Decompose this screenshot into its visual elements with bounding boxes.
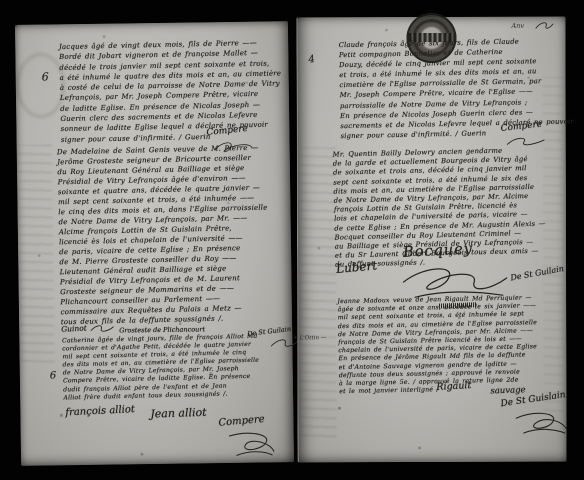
margin-numeral: 6 (50, 370, 57, 381)
signature: françois alliot (65, 404, 135, 418)
signature: Compere (218, 414, 265, 429)
signature-paraph-icon (512, 409, 570, 437)
paper-specks (15, 25, 17, 27)
folio-mark: Anv (511, 22, 524, 30)
signature: Jean alliot (150, 406, 207, 421)
margin-numeral: 6 (42, 70, 49, 83)
signature: Lubert (336, 258, 378, 276)
signature-paraph-icon (224, 428, 278, 459)
paper-specks (297, 17, 299, 19)
burial-entry: Claude françois âgé de six jours, fils d… (339, 36, 561, 141)
bleedthrough-text (18, 144, 55, 364)
signature-paraph-icon (89, 323, 115, 335)
left-page: 6 6 Jacques âgé de vingt deux mois, fils… (15, 21, 294, 466)
signature: Guinot (61, 324, 87, 334)
archive-scan: 6 6 Jacques âgé de vingt deux mois, fils… (0, 0, 584, 480)
signature: Rigault (436, 380, 471, 393)
signature: Grosteste de Plichancourt (119, 325, 205, 334)
bleedthrough-text (300, 147, 337, 437)
burial-entry: Catherine âgée de vingt jours, fille de … (62, 332, 292, 402)
margin-numeral: 4 (308, 54, 316, 66)
right-page: Anv 4 + L'Ottin — Claude françois âgé de… (296, 17, 566, 463)
marginal-annotation: + L'Ottin — (293, 335, 326, 341)
folio-flourish-icon (533, 20, 555, 32)
burial-entry: De Madelaine de Saint Genis veuve de M. … (57, 142, 273, 327)
signature: sauvage (490, 385, 526, 396)
